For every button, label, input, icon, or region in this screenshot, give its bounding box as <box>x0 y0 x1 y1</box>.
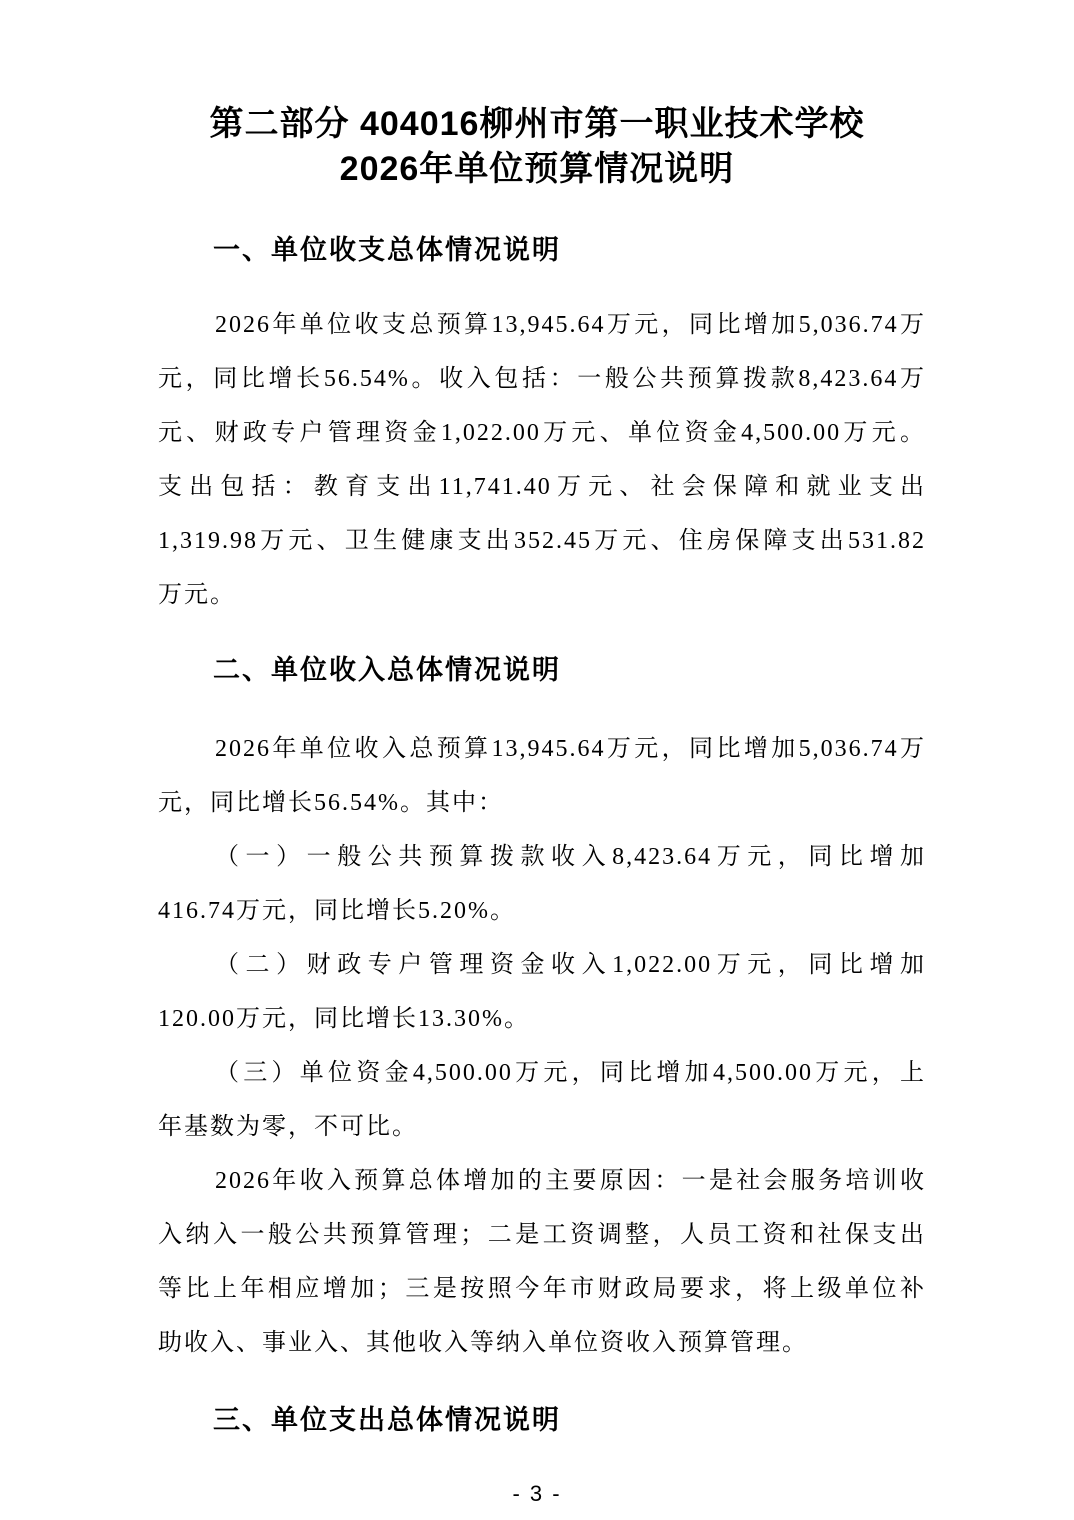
document-title-line-2: 2026年单位预算情况说明 <box>0 147 1074 192</box>
document-page: 第二部分 404016柳州市第一职业技术学校 2026年单位预算情况说明 一、单… <box>0 0 1074 1520</box>
text-line: 万元。 <box>158 568 926 622</box>
text-line: （一）一般公共预算拨款收入8,423.64万元，同比增加 <box>158 830 926 884</box>
document-title-line-1: 第二部分 404016柳州市第一职业技术学校 <box>0 102 1074 147</box>
text-line: 年基数为零，不可比。 <box>158 1100 926 1154</box>
text-line: 元，同比增长56.54%。收入包括：一般公共预算拨款8,423.64万 <box>158 352 926 406</box>
text-line: （三）单位资金4,500.00万元，同比增加4,500.00万元，上 <box>158 1046 926 1100</box>
paragraph: 2026年单位收入总预算13,945.64万元，同比增加5,036.74万元，同… <box>158 722 926 830</box>
text-line: 1,319.98万元、卫生健康支出352.45万元、住房保障支出531.82 <box>158 514 926 568</box>
document-title: 第二部分 404016柳州市第一职业技术学校 2026年单位预算情况说明 <box>0 102 1074 192</box>
section-2-heading: 二、单位收入总体情况说明 <box>213 653 926 687</box>
text-line: 2026年收入预算总体增加的主要原因：一是社会服务培训收 <box>158 1154 926 1208</box>
text-line: 等比上年相应增加；三是按照今年市财政局要求，将上级单位补 <box>158 1262 926 1316</box>
paragraph: 2026年单位收支总预算13,945.64万元，同比增加5,036.74万元，同… <box>158 298 926 622</box>
text-line: 元、财政专户管理资金1,022.00万元、单位资金4,500.00万元。 <box>158 406 926 460</box>
text-line: 2026年单位收支总预算13,945.64万元，同比增加5,036.74万 <box>158 298 926 352</box>
paragraph: 2026年收入预算总体增加的主要原因：一是社会服务培训收入纳入一般公共预算管理；… <box>158 1154 926 1370</box>
section-expense-overview: 三、单位支出总体情况说明 <box>158 1403 926 1437</box>
text-line: 元，同比增长56.54%。其中： <box>158 776 926 830</box>
paragraph: （三）单位资金4,500.00万元，同比增加4,500.00万元，上年基数为零，… <box>158 1046 926 1154</box>
text-line: 入纳入一般公共预算管理；二是工资调整，人员工资和社保支出 <box>158 1208 926 1262</box>
paragraph: （一）一般公共预算拨款收入8,423.64万元，同比增加416.74万元，同比增… <box>158 830 926 938</box>
page-number: - 3 - <box>0 1480 1074 1508</box>
text-line: 助收入、事业入、其他收入等纳入单位资收入预算管理。 <box>158 1316 926 1370</box>
section-income-overview: 二、单位收入总体情况说明 2026年单位收入总预算13,945.64万元，同比增… <box>158 653 926 1370</box>
section-1-body: 2026年单位收支总预算13,945.64万元，同比增加5,036.74万元，同… <box>158 298 926 622</box>
text-line: 支出包括：教育支出11,741.40万元、社会保障和就业支出 <box>158 460 926 514</box>
text-line: 120.00万元，同比增长13.30%。 <box>158 992 926 1046</box>
section-1-heading: 一、单位收支总体情况说明 <box>213 233 926 267</box>
document-body: 一、单位收支总体情况说明 2026年单位收支总预算13,945.64万元，同比增… <box>0 233 1074 1437</box>
paragraph: （二）财政专户管理资金收入1,022.00万元，同比增加120.00万元，同比增… <box>158 938 926 1046</box>
section-2-body: 2026年单位收入总预算13,945.64万元，同比增加5,036.74万元，同… <box>158 722 926 1370</box>
text-line: （二）财政专户管理资金收入1,022.00万元，同比增加 <box>158 938 926 992</box>
text-line: 2026年单位收入总预算13,945.64万元，同比增加5,036.74万 <box>158 722 926 776</box>
section-3-heading: 三、单位支出总体情况说明 <box>213 1403 926 1437</box>
section-income-expense-overview: 一、单位收支总体情况说明 2026年单位收支总预算13,945.64万元，同比增… <box>158 233 926 622</box>
text-line: 416.74万元，同比增长5.20%。 <box>158 884 926 938</box>
